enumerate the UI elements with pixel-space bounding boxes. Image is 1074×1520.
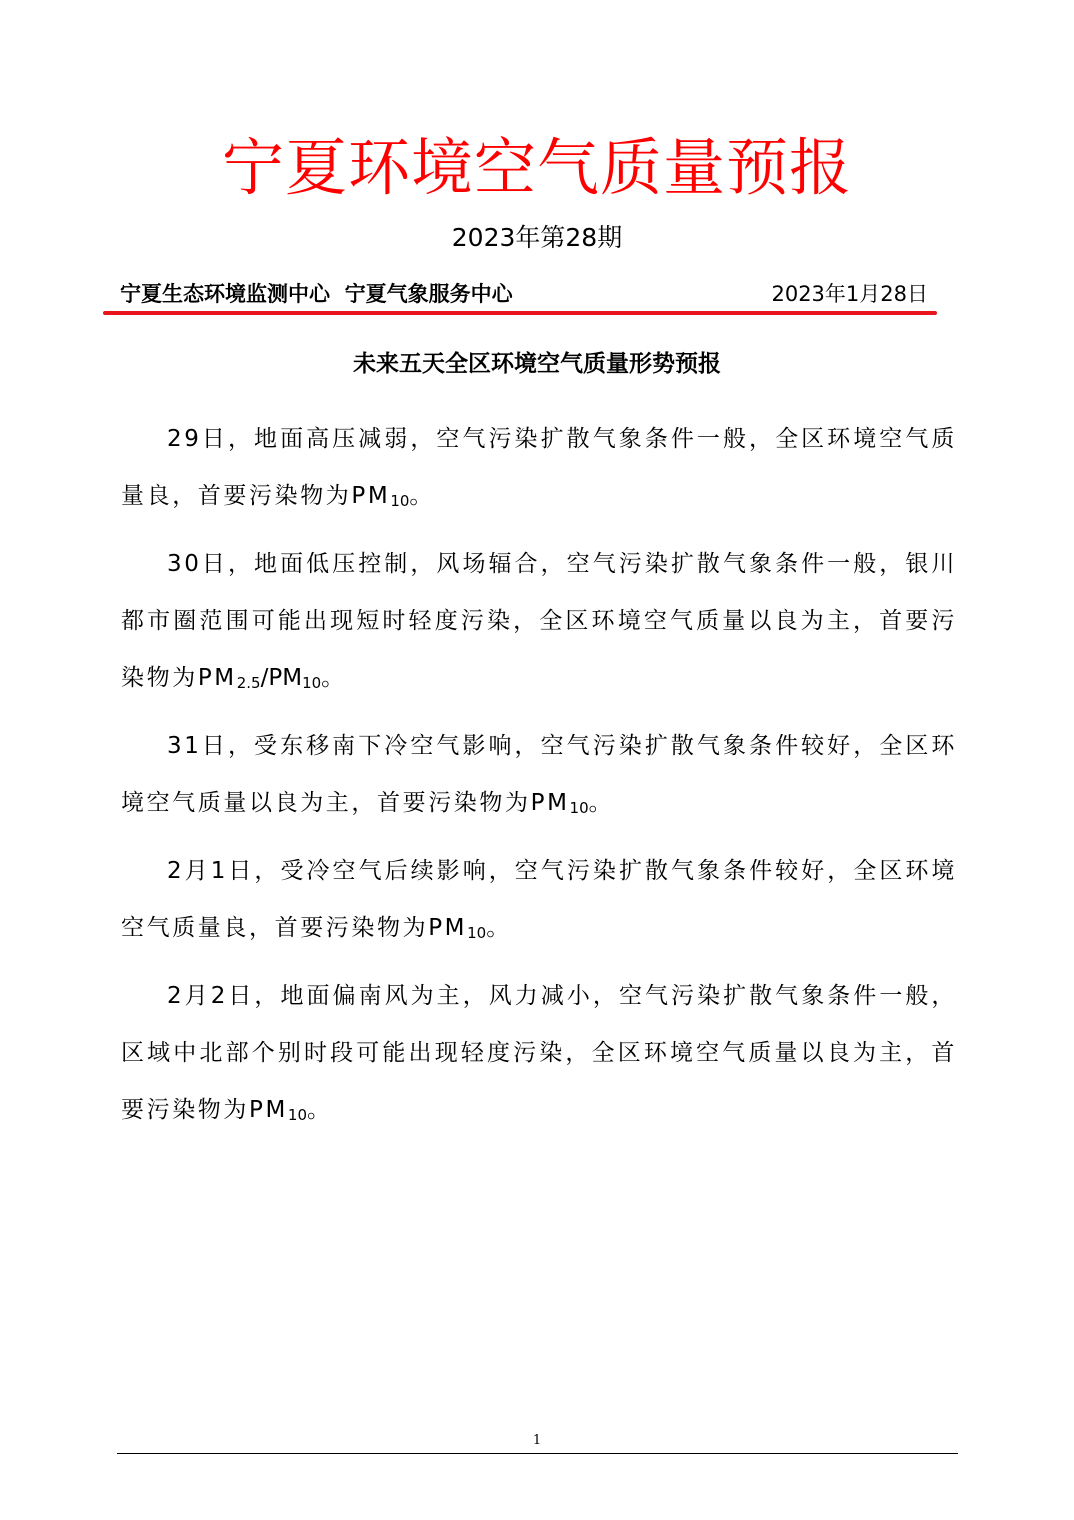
forecast-text: 2月2日，地面偏南风为主，风力减小，空气污染扩散气象条件一般，区域中北部个别时段…	[121, 983, 957, 1123]
footer-divider	[117, 1453, 958, 1454]
pollutant: PM	[351, 483, 390, 509]
forecast-text: 30日，地面低压控制，风场辐合，空气污染扩散气象条件一般，银川都市圈范围可能出现…	[121, 551, 957, 691]
pollutant: PM	[531, 790, 570, 816]
publishing-organizations: 宁夏生态环境监测中心 宁夏气象服务中心	[120, 276, 513, 312]
section-heading: 未来五天全区环境空气质量形势预报	[0, 344, 1074, 384]
pollutant-subscript: 10	[288, 1106, 307, 1124]
pollutant-subscript: 10	[467, 924, 486, 942]
forecast-text: 2月1日，受冷空气后续影响，空气污染扩散气象条件较好，全区环境空气质量良，首要污…	[121, 858, 957, 941]
forecast-day-4: 2月1日，受冷空气后续影响，空气污染扩散气象条件较好，全区环境空气质量良，首要污…	[121, 843, 957, 957]
pollutant-subscript: 10	[302, 674, 321, 692]
pollutant-subscript: 2.5	[237, 674, 261, 692]
forecast-day-2: 30日，地面低压控制，风场辐合，空气污染扩散气象条件一般，银川都市圈范围可能出现…	[121, 536, 957, 707]
period: 。	[307, 1097, 333, 1123]
publish-date: 2023年1月28日	[771, 276, 928, 312]
document-title: 宁夏环境空气质量预报	[0, 128, 1074, 208]
forecast-text: 29日，地面高压减弱，空气污染扩散气象条件一般，全区环境空气质量良，首要污染物为	[121, 426, 957, 509]
publisher-line: 宁夏生态环境监测中心 宁夏气象服务中心 2023年1月28日	[120, 276, 928, 312]
pollutant-separator: /PM	[261, 665, 302, 691]
pollutant: PM	[249, 1097, 288, 1123]
forecast-day-3: 31日，受东移南下冷空气影响，空气污染扩散气象条件较好，全区环境空气质量以良为主…	[121, 718, 957, 832]
forecast-day-5: 2月2日，地面偏南风为主，风力减小，空气污染扩散气象条件一般，区域中北部个别时段…	[121, 968, 957, 1139]
pollutant: PM	[198, 665, 237, 691]
page-number: 1	[0, 1433, 1074, 1448]
pollutant-subscript: 10	[390, 492, 409, 510]
pollutant-subscript: 10	[570, 799, 589, 817]
forecast-day-1: 29日，地面高压减弱，空气污染扩散气象条件一般，全区环境空气质量良，首要污染物为…	[121, 411, 957, 525]
issue-number: 2023年第28期	[0, 218, 1074, 258]
period: 。	[409, 483, 435, 509]
header-red-divider	[103, 311, 937, 315]
forecast-body: 29日，地面高压减弱，空气污染扩散气象条件一般，全区环境空气质量良，首要污染物为…	[121, 411, 957, 1150]
period: 。	[486, 915, 512, 941]
period: 。	[321, 665, 347, 691]
pollutant: PM	[428, 915, 467, 941]
period: 。	[589, 790, 615, 816]
